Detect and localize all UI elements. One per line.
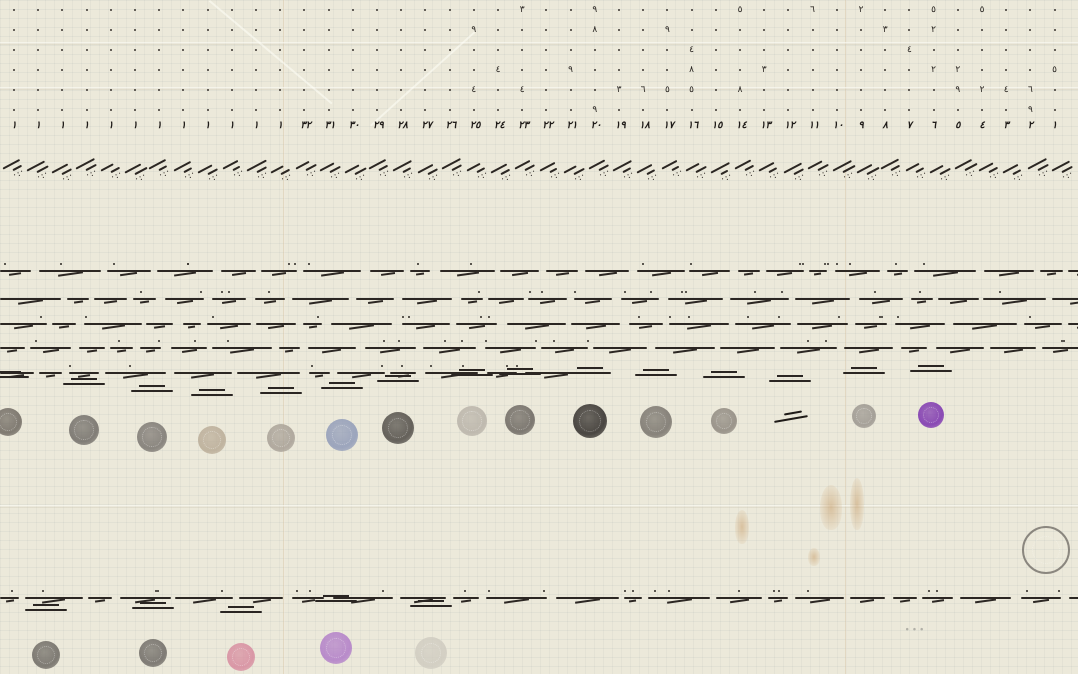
diacritic-dot [541, 291, 543, 293]
diacritic-dot [488, 590, 490, 592]
column-numeral: ١ [1051, 120, 1059, 132]
ink-stroke [780, 347, 837, 349]
lower-seal: [illegible caption] [206, 605, 276, 619]
tally-dot [981, 109, 983, 111]
faint-pencil-marks: ∙ ∙ ∙ [905, 625, 924, 635]
tally-dot [449, 109, 451, 111]
ink-stroke [639, 325, 653, 328]
column-numeral: ١٢ [784, 120, 792, 132]
tally-cell [542, 4, 550, 16]
ink-stroke [730, 298, 790, 300]
ink-stroke [222, 300, 236, 303]
ink-stroke [264, 300, 276, 303]
ink-stroke [629, 323, 663, 325]
script-word [835, 262, 879, 276]
script-word [25, 589, 83, 603]
tally-cell [373, 104, 381, 116]
tally-dot [473, 49, 475, 51]
ink-stroke [556, 272, 569, 275]
tally-dot [158, 109, 160, 111]
tally-dot [594, 49, 596, 51]
seal-caption: [illegible caption] [11, 603, 81, 617]
ink-stroke [104, 300, 117, 303]
tally-cell [58, 4, 66, 16]
ink-stroke [356, 298, 393, 300]
script-word [953, 315, 1017, 329]
tally-cell: ٢ [857, 4, 865, 16]
tally-cell [252, 4, 260, 16]
script-word [133, 290, 156, 304]
seal-stamp [267, 424, 295, 452]
diacritic-dot [212, 316, 214, 318]
tally-cell [1051, 84, 1059, 96]
tally-cell [1002, 104, 1010, 116]
tally-cell: ٦ [639, 84, 647, 96]
script-word [1068, 262, 1078, 276]
ink-stroke [416, 272, 424, 275]
tally-dot [570, 49, 572, 51]
ink-stroke [486, 597, 547, 599]
tally-dot [739, 69, 741, 71]
diacritic-dot [838, 316, 840, 318]
body-text-line [0, 315, 1078, 329]
tally-dot [812, 69, 814, 71]
column-numeral: ١٤ [736, 120, 744, 132]
script-word [507, 315, 566, 329]
script-word [1069, 589, 1078, 603]
diacritic-dot [408, 316, 410, 318]
diacritic-dot [382, 590, 384, 592]
seal-stamp [573, 404, 607, 438]
seal-inscription [510, 410, 529, 429]
tally-cell [760, 44, 768, 56]
tally-dot [545, 9, 547, 11]
tally-dot [279, 9, 281, 11]
tally-dot [836, 49, 838, 51]
diacritic-dot [113, 263, 115, 265]
tally-dot [957, 109, 959, 111]
diacritic-dot [157, 590, 159, 592]
tally-dot [400, 9, 402, 11]
tally-cell [784, 64, 792, 76]
diacritic-dot [642, 263, 644, 265]
seal-inscription [716, 413, 733, 430]
caption-stroke [385, 375, 411, 377]
tally-dot [957, 29, 959, 31]
ink-stroke [154, 325, 165, 328]
tally-cell [300, 44, 308, 56]
tally-cell [712, 64, 720, 76]
tally-cell [663, 104, 671, 116]
tally-dot [61, 29, 63, 31]
tally-cell [179, 64, 187, 76]
tally-cell: ٤ [494, 64, 502, 76]
tally-dot [739, 109, 741, 111]
ink-stroke [938, 298, 980, 300]
tally-cell [204, 4, 212, 16]
tally-cell [300, 84, 308, 96]
tally-dot [37, 89, 39, 91]
diacritic-dot [401, 365, 403, 367]
tally-cell [179, 4, 187, 16]
ink-stroke [621, 298, 659, 300]
tally-dot [860, 69, 862, 71]
tally-dot [279, 109, 281, 111]
script-word [410, 262, 430, 276]
script-word [30, 339, 70, 353]
ink-stroke [105, 372, 166, 374]
water-stain [820, 485, 842, 530]
tally-dot [134, 69, 136, 71]
ink-stroke [864, 325, 877, 328]
ink-stroke [1021, 597, 1061, 599]
tally-dot [303, 29, 305, 31]
diacritic-dot [294, 263, 296, 265]
ink-stroke [133, 298, 156, 300]
tally-cell [857, 44, 865, 56]
tally-dot [449, 29, 451, 31]
seal-inscription [326, 638, 347, 659]
ink-stroke [1024, 323, 1062, 325]
ink-stroke [507, 323, 566, 325]
tally-cell [325, 4, 333, 16]
tally-row: ٣٩٥٦٢٥٥ [0, 4, 1078, 16]
ink-stroke [410, 270, 430, 272]
tally-dot [763, 9, 765, 11]
tally-cell [446, 84, 454, 96]
script-word [528, 290, 567, 304]
tally-cell [397, 84, 405, 96]
script-word [738, 262, 761, 276]
seal-stamp [640, 406, 672, 438]
script-word [655, 339, 715, 353]
tally-dot [594, 69, 596, 71]
ink-stroke [499, 299, 514, 303]
column-numeral: ٢١ [567, 120, 575, 132]
ink-stroke [895, 323, 945, 325]
ink-stroke [983, 298, 1046, 300]
column-numeral: ٤ [978, 120, 986, 132]
script-word [485, 339, 536, 353]
script-word [94, 290, 127, 304]
script-word [221, 262, 257, 276]
column-numeral: ١ [58, 120, 66, 132]
ink-stroke [67, 298, 89, 300]
ink-stroke [1052, 298, 1078, 300]
tally-dot [521, 109, 523, 111]
tally-dot [86, 49, 88, 51]
tally-dot [836, 29, 838, 31]
ink-stroke [175, 597, 232, 599]
ink-stroke [850, 597, 885, 599]
diacritic-dot [836, 263, 838, 265]
ink-stroke [541, 347, 588, 349]
tally-dot [279, 29, 281, 31]
script-word [809, 262, 827, 276]
script-word [922, 589, 953, 603]
script-word [797, 315, 847, 329]
ink-stroke [315, 374, 324, 377]
column-numeral: ١ [155, 120, 163, 132]
column-numeral: ١ [83, 120, 91, 132]
ink-stroke [221, 270, 257, 272]
tally-cell [397, 4, 405, 16]
ink-stroke [795, 597, 844, 599]
tally-cell [857, 64, 865, 76]
ink-stroke [990, 347, 1037, 349]
tally-cell [349, 44, 357, 56]
tally-cell [833, 24, 841, 36]
tally-cell: ٥ [1051, 64, 1059, 76]
seal-stamp [32, 641, 60, 669]
tally-dot [110, 49, 112, 51]
tally-dot [182, 69, 184, 71]
water-stain [735, 510, 749, 544]
tally-dot [884, 69, 886, 71]
tally-dot [836, 109, 838, 111]
tally-cell [1026, 24, 1034, 36]
seal-caption: [illegible caption] [555, 366, 625, 380]
tally-cell [760, 4, 768, 16]
tally-cell [421, 4, 429, 16]
diacritic-dot [668, 590, 670, 592]
tally-cell [10, 24, 18, 36]
tally-cell [663, 44, 671, 56]
tally-cell [58, 104, 66, 116]
tally-cell [446, 44, 454, 56]
script-word [171, 339, 208, 353]
tally-cell [930, 84, 938, 96]
tally-dot [400, 29, 402, 31]
ink-stroke [171, 347, 208, 349]
script-word [52, 315, 76, 329]
script-word [440, 262, 495, 276]
tally-dot [231, 49, 233, 51]
caption-stroke [329, 382, 355, 384]
ink-stroke [860, 599, 874, 602]
tally-dot [37, 109, 39, 111]
ink-stroke [165, 298, 204, 300]
tally-dot [424, 49, 426, 51]
tally-dot [618, 109, 620, 111]
tally-cell [83, 24, 91, 36]
tally-dot [207, 9, 209, 11]
seal-caption: [illegible caption] [0, 370, 43, 384]
column-numeral: ٨ [881, 120, 889, 132]
tally-cell: ٩ [470, 24, 478, 36]
diacritic-dot [999, 291, 1001, 293]
tally-cell [833, 84, 841, 96]
script-word [768, 589, 788, 603]
ink-stroke [835, 270, 879, 272]
column-numeral: ٢٨ [397, 120, 405, 132]
column-numeral: ٢٢ [542, 120, 550, 132]
tally-cell [567, 84, 575, 96]
script-word [0, 315, 47, 329]
script-word [766, 262, 804, 276]
ink-stroke [331, 323, 393, 325]
upper-seal: [illegible caption] [177, 388, 247, 402]
diacritic-dot [825, 340, 827, 342]
caption-stroke [220, 611, 262, 613]
script-word [911, 290, 933, 304]
tally-dot [884, 109, 886, 111]
script-word [256, 315, 296, 329]
tally-dot [884, 89, 886, 91]
ink-stroke [914, 270, 976, 272]
column-numeral: ٢٠ [591, 120, 599, 132]
caption-stroke [71, 378, 97, 380]
tally-dot [570, 109, 572, 111]
diacritic-dot [118, 340, 120, 342]
seal-inscription [74, 420, 93, 439]
ink-stroke [207, 323, 251, 325]
ink-stroke [720, 347, 775, 349]
tally-dot [13, 69, 15, 71]
diacritic-dot [799, 263, 801, 265]
tally-cell [58, 24, 66, 36]
ink-stroke [1047, 272, 1057, 275]
ink-stroke [528, 298, 567, 300]
tally-cell [131, 24, 139, 36]
ink-stroke [668, 298, 723, 300]
tally-cell: ٨ [736, 84, 744, 96]
tally-dot [545, 89, 547, 91]
caption-stroke [228, 606, 254, 608]
tally-dot [134, 9, 136, 11]
script-word [574, 290, 612, 304]
tally-dot [981, 69, 983, 71]
script-word [0, 290, 61, 304]
diacritic-dot [919, 291, 921, 293]
diacritic-dot [543, 590, 545, 592]
diacritic-dot [778, 590, 780, 592]
tally-dot [207, 109, 209, 111]
script-word [780, 339, 837, 353]
tally-cell [881, 104, 889, 116]
tally-dot [134, 89, 136, 91]
script-word [212, 339, 272, 353]
tally-dot [642, 69, 644, 71]
ink-stroke [231, 272, 245, 275]
tally-dot [715, 89, 717, 91]
tally-cell [1002, 4, 1010, 16]
tally-cell [494, 104, 502, 116]
tally-cell [349, 104, 357, 116]
ink-stroke [593, 347, 647, 349]
diacritic-dot [624, 590, 626, 592]
tally-dot [1054, 109, 1056, 111]
caption-stroke [507, 368, 533, 370]
column-numeral: ٢٩ [373, 120, 381, 132]
diacritic-dot [309, 590, 311, 592]
tally-cell [34, 84, 42, 96]
diacritic-dot [897, 316, 899, 318]
seal-stamp [227, 643, 255, 671]
tally-cell: ٣ [615, 84, 623, 96]
tally-dot [1054, 29, 1056, 31]
diacritic-dot [488, 316, 490, 318]
script-word [716, 589, 762, 603]
tally-dot [570, 9, 572, 11]
column-numeral: ١ [107, 120, 115, 132]
script-word [668, 290, 723, 304]
tally-cell [784, 104, 792, 116]
script-word [1068, 315, 1078, 329]
tally-cell [615, 24, 623, 36]
diacritic-dot [461, 340, 463, 342]
diacritic-dot [311, 365, 313, 367]
tally-dot [158, 49, 160, 51]
seal-inscription [856, 408, 871, 423]
script-word [67, 290, 89, 304]
tally-dot [328, 109, 330, 111]
tally-cell [421, 24, 429, 36]
tally-cell: ٤ [470, 84, 478, 96]
caption-stroke [577, 367, 603, 369]
script-word [983, 290, 1046, 304]
tally-cell [905, 4, 913, 16]
tally-cell [373, 24, 381, 36]
tally-cell [978, 104, 986, 116]
tally-dot [255, 29, 257, 31]
tally-cell: ٥ [663, 84, 671, 96]
diacritic-dot [308, 263, 310, 265]
seal-stamp [918, 402, 944, 428]
tally-dot [303, 109, 305, 111]
tally-dot [618, 69, 620, 71]
diacritic-dot [807, 340, 809, 342]
diacritic-dot [227, 340, 229, 342]
diacritic-dot [35, 340, 37, 342]
paper-fold-vertical [283, 0, 285, 674]
tally-cell: ٤ [1002, 84, 1010, 96]
tally-dot [352, 89, 354, 91]
diacritic-dot [402, 316, 404, 318]
ink-stroke [894, 272, 902, 275]
column-numeral: ٣٠ [349, 120, 357, 132]
tally-dot [182, 49, 184, 51]
tally-cell [494, 84, 502, 96]
tally-cell [300, 24, 308, 36]
tally-dot [352, 109, 354, 111]
tally-dot [1005, 9, 1007, 11]
ink-stroke [140, 347, 162, 349]
tally-cell [1002, 44, 1010, 56]
ink-stroke [1068, 270, 1078, 272]
tally-dot [1029, 49, 1031, 51]
seal-caption: [illegible caption] [896, 364, 966, 378]
diacritic-dot [296, 590, 298, 592]
script-word [893, 589, 918, 603]
ink-stroke [292, 298, 350, 300]
ink-stroke [488, 298, 524, 300]
tally-dot [86, 9, 88, 11]
upper-seal: [illegible caption] [555, 366, 625, 380]
ink-stroke [1040, 270, 1064, 272]
tally-cell [107, 44, 115, 56]
diacritic-dot [158, 340, 160, 342]
tally-dot [715, 29, 717, 31]
tally-cell [639, 24, 647, 36]
tally-dot [1029, 9, 1031, 11]
tally-cell [760, 104, 768, 116]
script-word [303, 315, 322, 329]
tally-dot [158, 89, 160, 91]
diacritic-dot [681, 291, 683, 293]
tally-dot [642, 109, 644, 111]
seal-inscription [203, 431, 221, 449]
